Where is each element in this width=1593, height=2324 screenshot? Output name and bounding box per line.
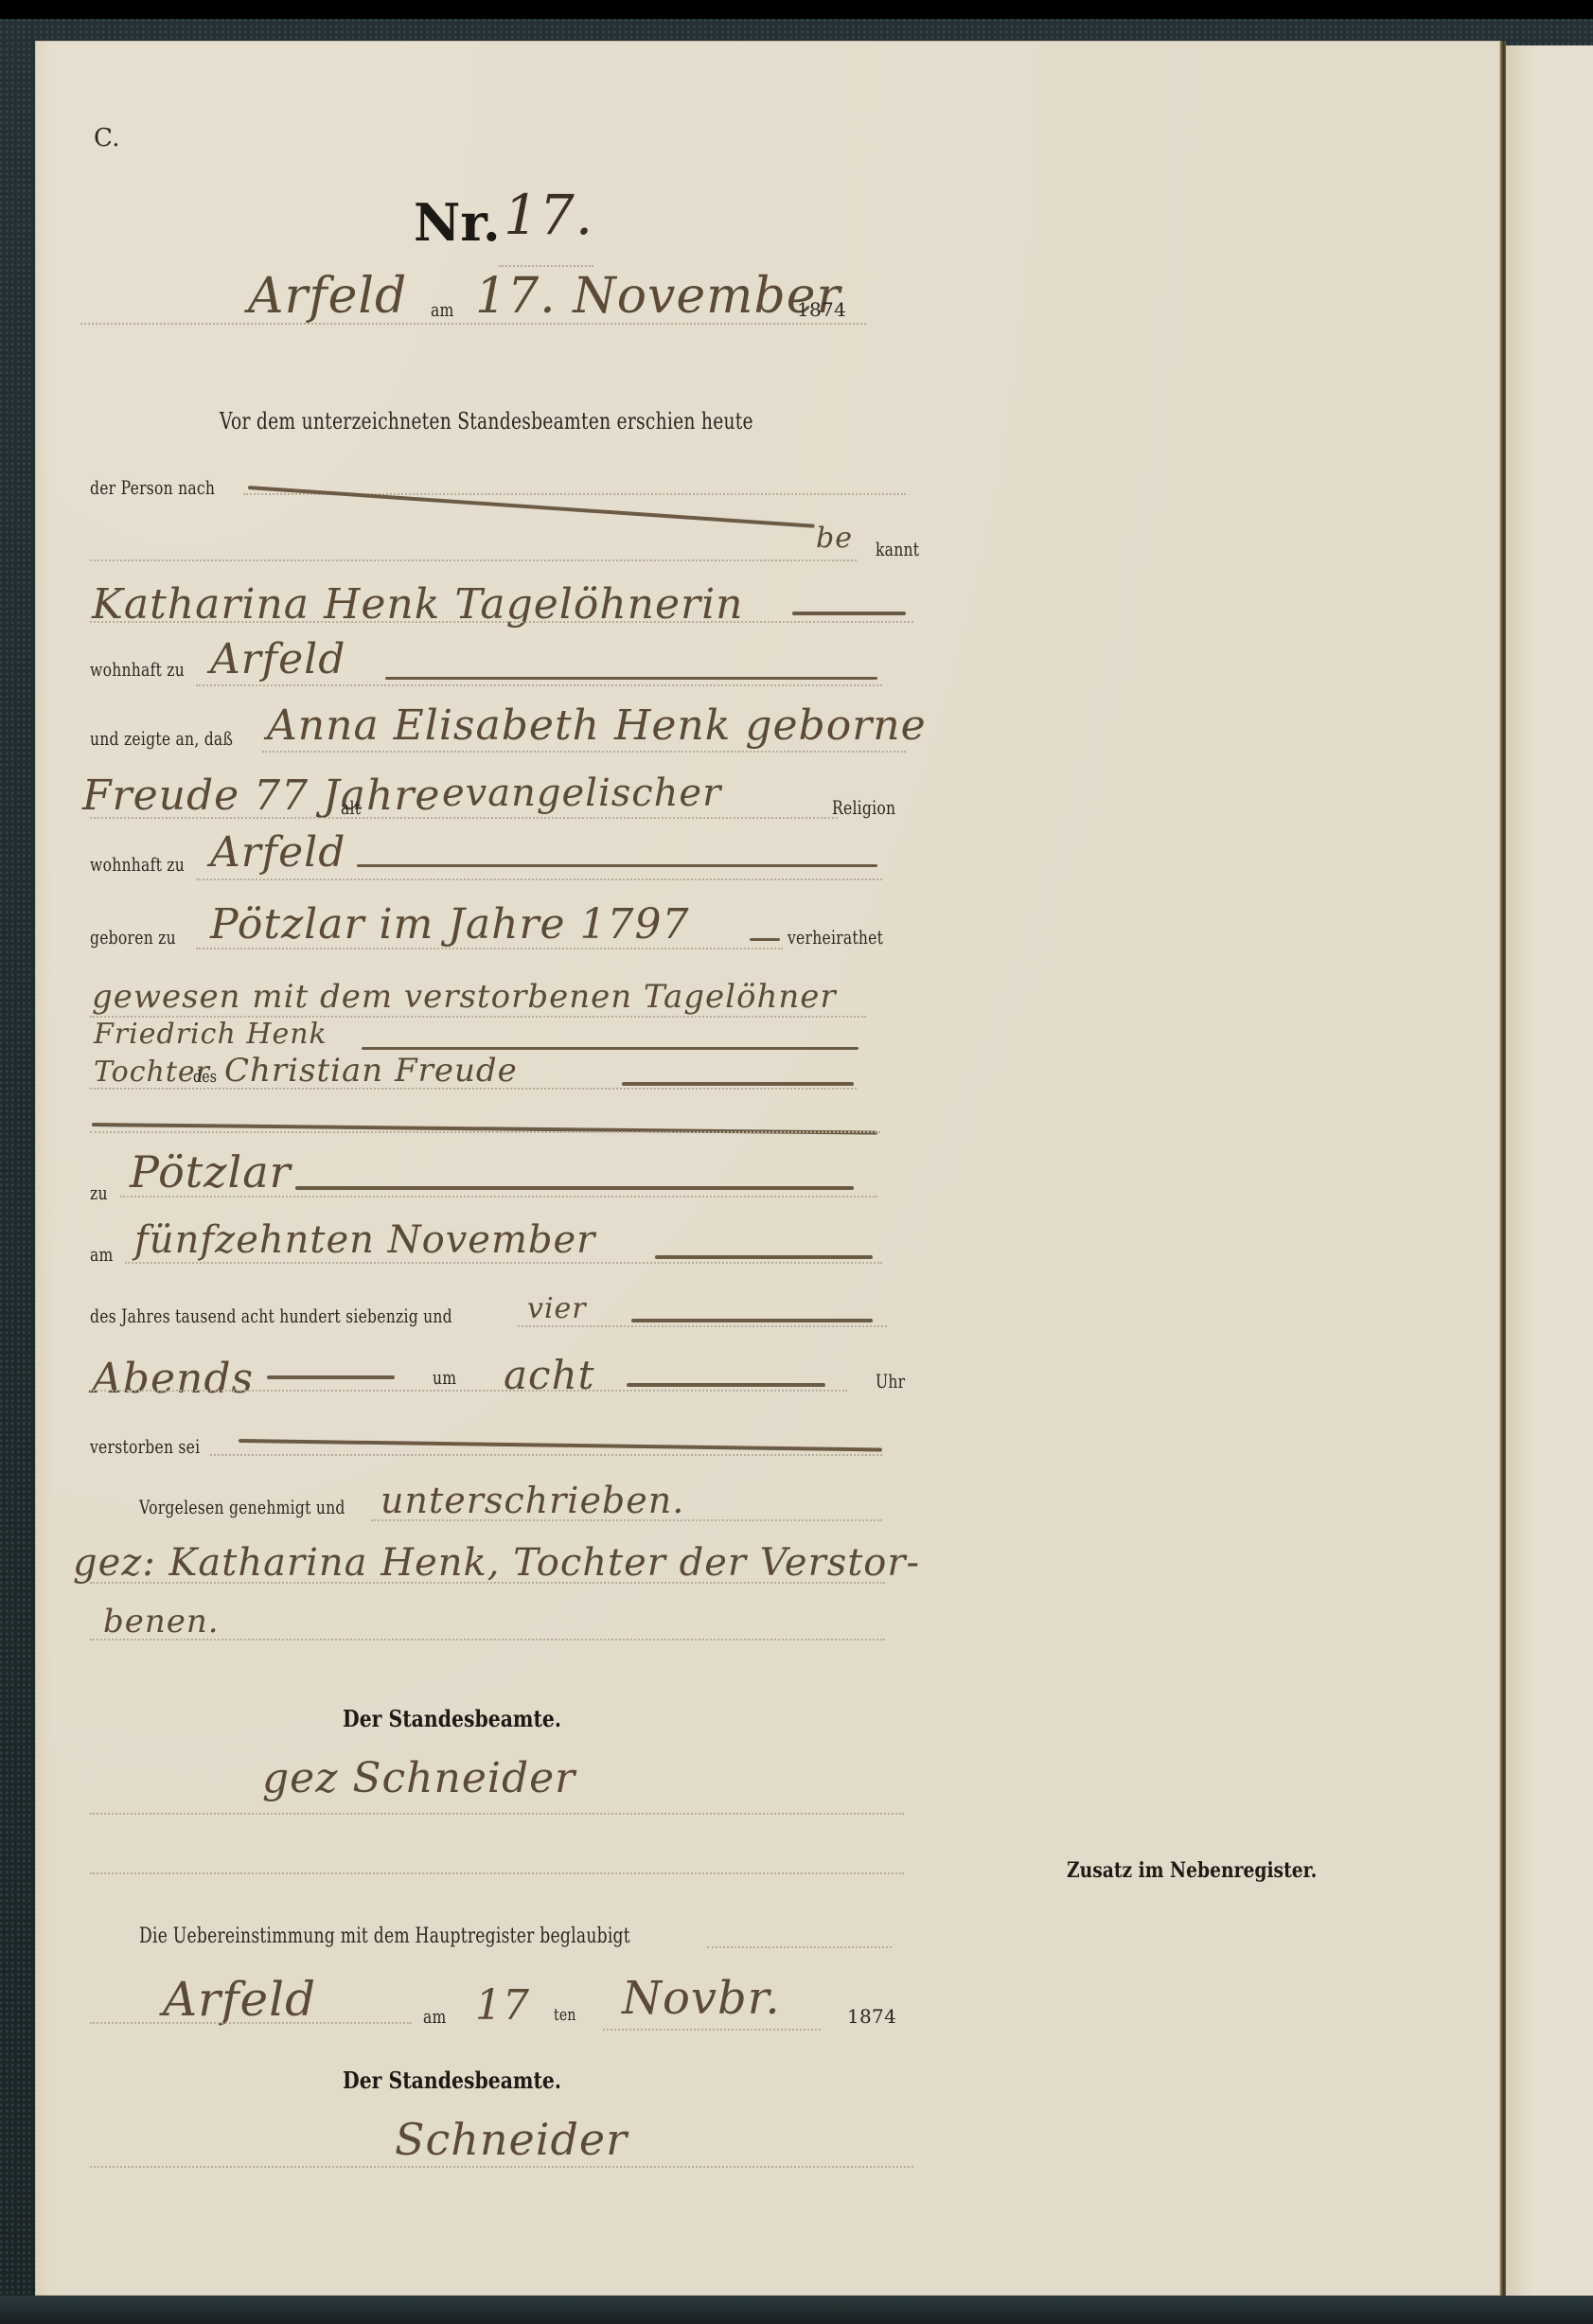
religion-line xyxy=(90,817,838,819)
supplement-label: Zusatz im Nebenregister. xyxy=(1067,1858,1317,1883)
marriage-fill-stroke xyxy=(362,1047,858,1050)
registration-date: 17. November xyxy=(475,268,841,325)
parents-handwritten-2: Christian Freude xyxy=(224,1052,518,1090)
cert-place-line xyxy=(90,2022,412,2024)
residence1-value: Arfeld xyxy=(210,635,345,683)
informant-fill-stroke xyxy=(792,612,906,615)
time-fill-stroke xyxy=(627,1383,825,1387)
time-of-day-fill-stroke xyxy=(267,1375,395,1379)
signed-line-1: gez: Katharina Henk, Tochter der Verstor… xyxy=(73,1541,920,1585)
cert-am-label: am xyxy=(423,2005,447,2028)
signed-line-1-rule xyxy=(90,1582,885,1584)
born-label: geboren zu xyxy=(90,926,176,949)
death-day-value: fünfzehnten November xyxy=(134,1218,595,1262)
registrar2-signature-line xyxy=(90,2166,913,2168)
residence2-label: wohnhaft zu xyxy=(90,853,185,876)
place-of-registration: Arfeld xyxy=(248,268,407,325)
death-day-line xyxy=(125,1262,882,1264)
cert-ten-label: ten xyxy=(554,2005,576,2025)
entry-number-label: Nr. xyxy=(414,192,501,253)
known-label: kannt xyxy=(876,538,919,560)
window-title-bar: /Abt_Ostwestfalen-Lippe/P6/P6-25/~001/P6… xyxy=(0,0,1593,19)
residence1-label: wohnhaft zu xyxy=(90,658,185,681)
time-of-day: Abends xyxy=(92,1355,254,1403)
signed-line-2-rule xyxy=(90,1639,885,1641)
residence2-value: Arfeld xyxy=(210,828,345,877)
person-label: der Person nach xyxy=(90,476,215,499)
registration-year: 1874 xyxy=(797,298,846,321)
book-cover-bottom-edge xyxy=(0,2296,1593,2324)
death-day-fill-stroke xyxy=(655,1255,873,1259)
registrar-extra-line xyxy=(90,1872,904,1874)
signed-line-2: benen. xyxy=(103,1603,220,1641)
cert-day: 17 xyxy=(475,1981,530,2030)
born-dash xyxy=(750,938,780,941)
date-line xyxy=(80,323,866,325)
form-letter: C. xyxy=(94,124,120,152)
certification-label: Die Uebereinstimmung mit dem Hauptregist… xyxy=(139,1925,630,1948)
religion-label: Religion xyxy=(832,796,895,819)
time-um-label: um xyxy=(433,1366,456,1389)
book-gutter xyxy=(1500,41,1506,2296)
certification-line xyxy=(707,1946,892,1948)
residence1-fill-stroke xyxy=(385,677,877,680)
place-label: zu xyxy=(90,1181,108,1204)
year-value: vier xyxy=(527,1292,587,1325)
cert-place: Arfeld xyxy=(163,1972,316,2027)
married-label: verheirathet xyxy=(788,926,883,949)
registrar2-signature: Schneider xyxy=(395,2114,628,2165)
date-am-label: am xyxy=(431,298,454,321)
marriage-line-2: Friedrich Henk xyxy=(94,1018,327,1051)
residence2-line xyxy=(196,878,882,880)
registrar-signature: gez Schneider xyxy=(262,1754,575,1802)
declared-label: und zeigte an, daß xyxy=(90,727,233,750)
intro-text: Vor dem unterzeichneten Standesbeamten e… xyxy=(220,408,753,435)
parents-line xyxy=(90,1088,857,1090)
known-prefix-handwritten: be xyxy=(816,522,853,555)
time-uhr-label: Uhr xyxy=(876,1370,905,1393)
deceased-maiden-name-age: Freude 77 Jahre xyxy=(82,772,440,820)
religion-value: evangelischer xyxy=(442,772,721,815)
parents-label: des xyxy=(193,1067,217,1087)
informant-line xyxy=(90,621,913,623)
entry-number-line xyxy=(499,265,593,267)
time-line xyxy=(90,1390,847,1392)
person-strike-through xyxy=(248,486,815,528)
known-line xyxy=(90,559,857,561)
born-value: Pötzlar im Jahre 1797 xyxy=(210,900,690,949)
died-label: verstorben sei xyxy=(90,1435,200,1458)
read-value: unterschrieben. xyxy=(381,1480,684,1521)
registrar-label: Der Standesbeamte. xyxy=(343,1705,561,1732)
place-fill-stroke xyxy=(295,1186,854,1190)
year-fill-stroke xyxy=(631,1319,873,1322)
died-line xyxy=(210,1454,882,1456)
deceased-line xyxy=(262,751,906,753)
cert-month-line xyxy=(603,2029,821,2031)
marriage-line-1: gewesen mit dem verstorbenen Tagelöhner xyxy=(92,978,837,1016)
place-line xyxy=(120,1196,877,1197)
residence2-fill-stroke xyxy=(357,864,877,867)
parents-fill-stroke xyxy=(622,1082,854,1086)
year-label: des Jahres tausend acht hundert siebenzi… xyxy=(90,1304,452,1327)
read-line xyxy=(371,1519,882,1521)
cert-year: 1874 xyxy=(847,2005,896,2028)
registrar-signature-line xyxy=(90,1813,904,1815)
place-value: Pötzlar xyxy=(130,1146,292,1197)
deceased-name: Anna Elisabeth Henk geborne xyxy=(267,701,927,750)
entry-number-value: 17. xyxy=(504,183,593,247)
adjacent-page xyxy=(1506,45,1593,2296)
blank-line xyxy=(90,1131,880,1133)
residence1-line xyxy=(196,684,882,686)
death-day-label: am xyxy=(90,1243,114,1266)
register-page: C. Nr. 17. Arfeld am 17. November 1874 V… xyxy=(35,41,1500,2296)
read-label: Vorgelesen genehmigt und xyxy=(139,1496,345,1518)
cert-month: Novbr. xyxy=(622,1972,781,2025)
age-label: alt xyxy=(341,796,361,819)
registrar2-label: Der Standesbeamte. xyxy=(343,2067,561,2094)
died-fill-stroke xyxy=(239,1439,882,1451)
born-line xyxy=(196,948,783,949)
year-line xyxy=(518,1325,887,1327)
